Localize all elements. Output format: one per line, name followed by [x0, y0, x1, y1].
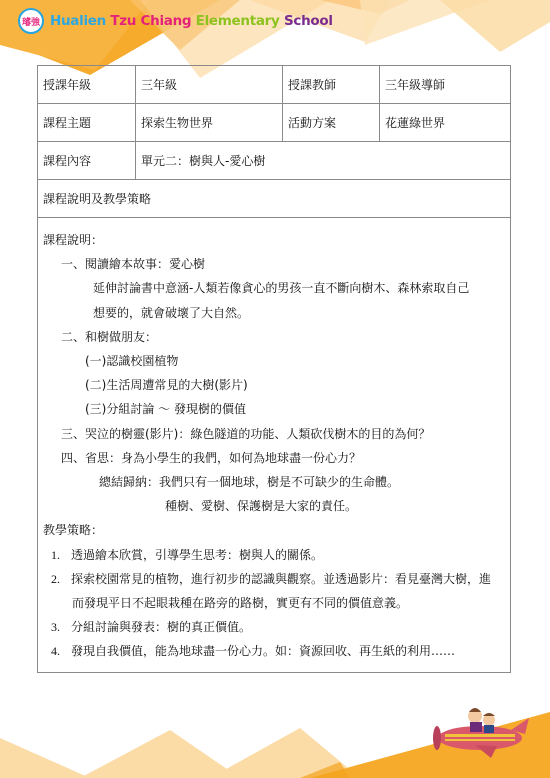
strategy-number: 4.: [43, 639, 71, 663]
summary-line: 種樹、愛樹、保護樹是大家的責任。: [43, 494, 505, 518]
school-name-part: Chiang: [141, 13, 196, 29]
summary-line: 總結歸納：我們只有一個地球，樹是不可缺少的生命體。: [43, 470, 505, 494]
strategy-item: 1.透過繪本欣賞，引導學生思考：樹與人的關係。: [43, 543, 505, 567]
strategy-text: 分組討論與發表：樹的真正價值。: [71, 620, 251, 634]
value-activity: 花蓮綠世界: [380, 104, 511, 142]
section-title: 一、閱讀繪本故事：愛心樹: [43, 252, 505, 276]
intro-heading: 課程說明：: [43, 228, 505, 252]
strategy-text: 透過繪本欣賞，引導學生思考：樹與人的關係。: [71, 548, 323, 562]
section-line: 延伸討論書中意涵-人類若像貪心的男孩一直不斷向樹木、森林索取自己: [43, 276, 505, 300]
section-line: (二)生活周遭常見的大樹(影片): [43, 373, 505, 397]
table-row: 課程說明及教學策略: [38, 180, 511, 218]
strategy-heading: 教學策略：: [43, 518, 505, 542]
school-name-part: Elementary: [196, 13, 284, 29]
strategy-text: 發現自我價值，能為地球盡一份心力。如：資源回收、再生紙的利用……: [71, 644, 455, 658]
label-teacher: 授課教師: [283, 66, 380, 104]
value-grade: 三年級: [136, 66, 283, 104]
table-row: 課程主題 探索生物世界 活動方案 花蓮綠世界: [38, 104, 511, 142]
value-content: 單元二：樹與人-愛心樹: [136, 142, 511, 180]
school-name-part: Hualien: [50, 13, 110, 29]
school-header: 璿強 Hualien Tzu Chiang Elementary School: [18, 8, 333, 34]
strategy-number: 2.: [43, 567, 71, 591]
table-row: 課程說明： 一、閱讀繪本故事：愛心樹 延伸討論書中意涵-人類若像貪心的男孩一直不…: [38, 218, 511, 673]
strategy-item: 2.探索校園常見的植物，進行初步的認識與觀察。並透過影片：看見臺灣大樹，進: [43, 567, 505, 591]
section-title: 四、省思：身為小學生的我們，如何為地球盡一份心力？: [43, 446, 505, 470]
section-line: (一)認識校園植物: [43, 349, 505, 373]
description-body: 課程說明： 一、閱讀繪本故事：愛心樹 延伸討論書中意涵-人類若像貪心的男孩一直不…: [38, 218, 511, 673]
school-name-part: Tzu: [110, 13, 140, 29]
strategy-text: 探索校園常見的植物，進行初步的認識與觀察。並透過影片：看見臺灣大樹，進: [71, 572, 491, 586]
strategy-number: 1.: [43, 543, 71, 567]
label-topic: 課程主題: [38, 104, 136, 142]
label-grade: 授課年級: [38, 66, 136, 104]
table-row: 授課年級 三年級 授課教師 三年級導師: [38, 66, 511, 104]
school-name: Hualien Tzu Chiang Elementary School: [50, 13, 333, 29]
strategy-number: 3.: [43, 615, 71, 639]
label-content: 課程內容: [38, 142, 136, 180]
lesson-plan-table: 授課年級 三年級 授課教師 三年級導師 課程主題 探索生物世界 活動方案 花蓮綠…: [37, 65, 511, 673]
value-topic: 探索生物世界: [136, 104, 283, 142]
school-name-part: School: [284, 13, 333, 29]
label-activity: 活動方案: [283, 104, 380, 142]
strategy-item: 4.發現自我價值，能為地球盡一份心力。如：資源回收、再生紙的利用……: [43, 639, 505, 663]
section-line: (三)分組討論 ～ 發現樹的價值: [43, 397, 505, 421]
section-line: 想要的，就會破壞了大自然。: [43, 301, 505, 325]
airplane-illustration: [425, 700, 535, 760]
strategy-continuation: 而發現平日不起眼栽種在路旁的路樹，實更有不同的價值意義。: [43, 591, 505, 615]
label-description-strategy: 課程說明及教學策略: [38, 180, 511, 218]
table-row: 課程內容 單元二：樹與人-愛心樹: [38, 142, 511, 180]
value-teacher: 三年級導師: [380, 66, 511, 104]
strategy-item: 3.分組討論與發表：樹的真正價值。: [43, 615, 505, 639]
section-title: 二、和樹做朋友：: [43, 325, 505, 349]
section-title: 三、哭泣的樹靈(影片)：綠色隧道的功能、人類砍伐樹木的目的為何？: [43, 422, 505, 446]
school-logo: 璿強: [18, 8, 44, 34]
